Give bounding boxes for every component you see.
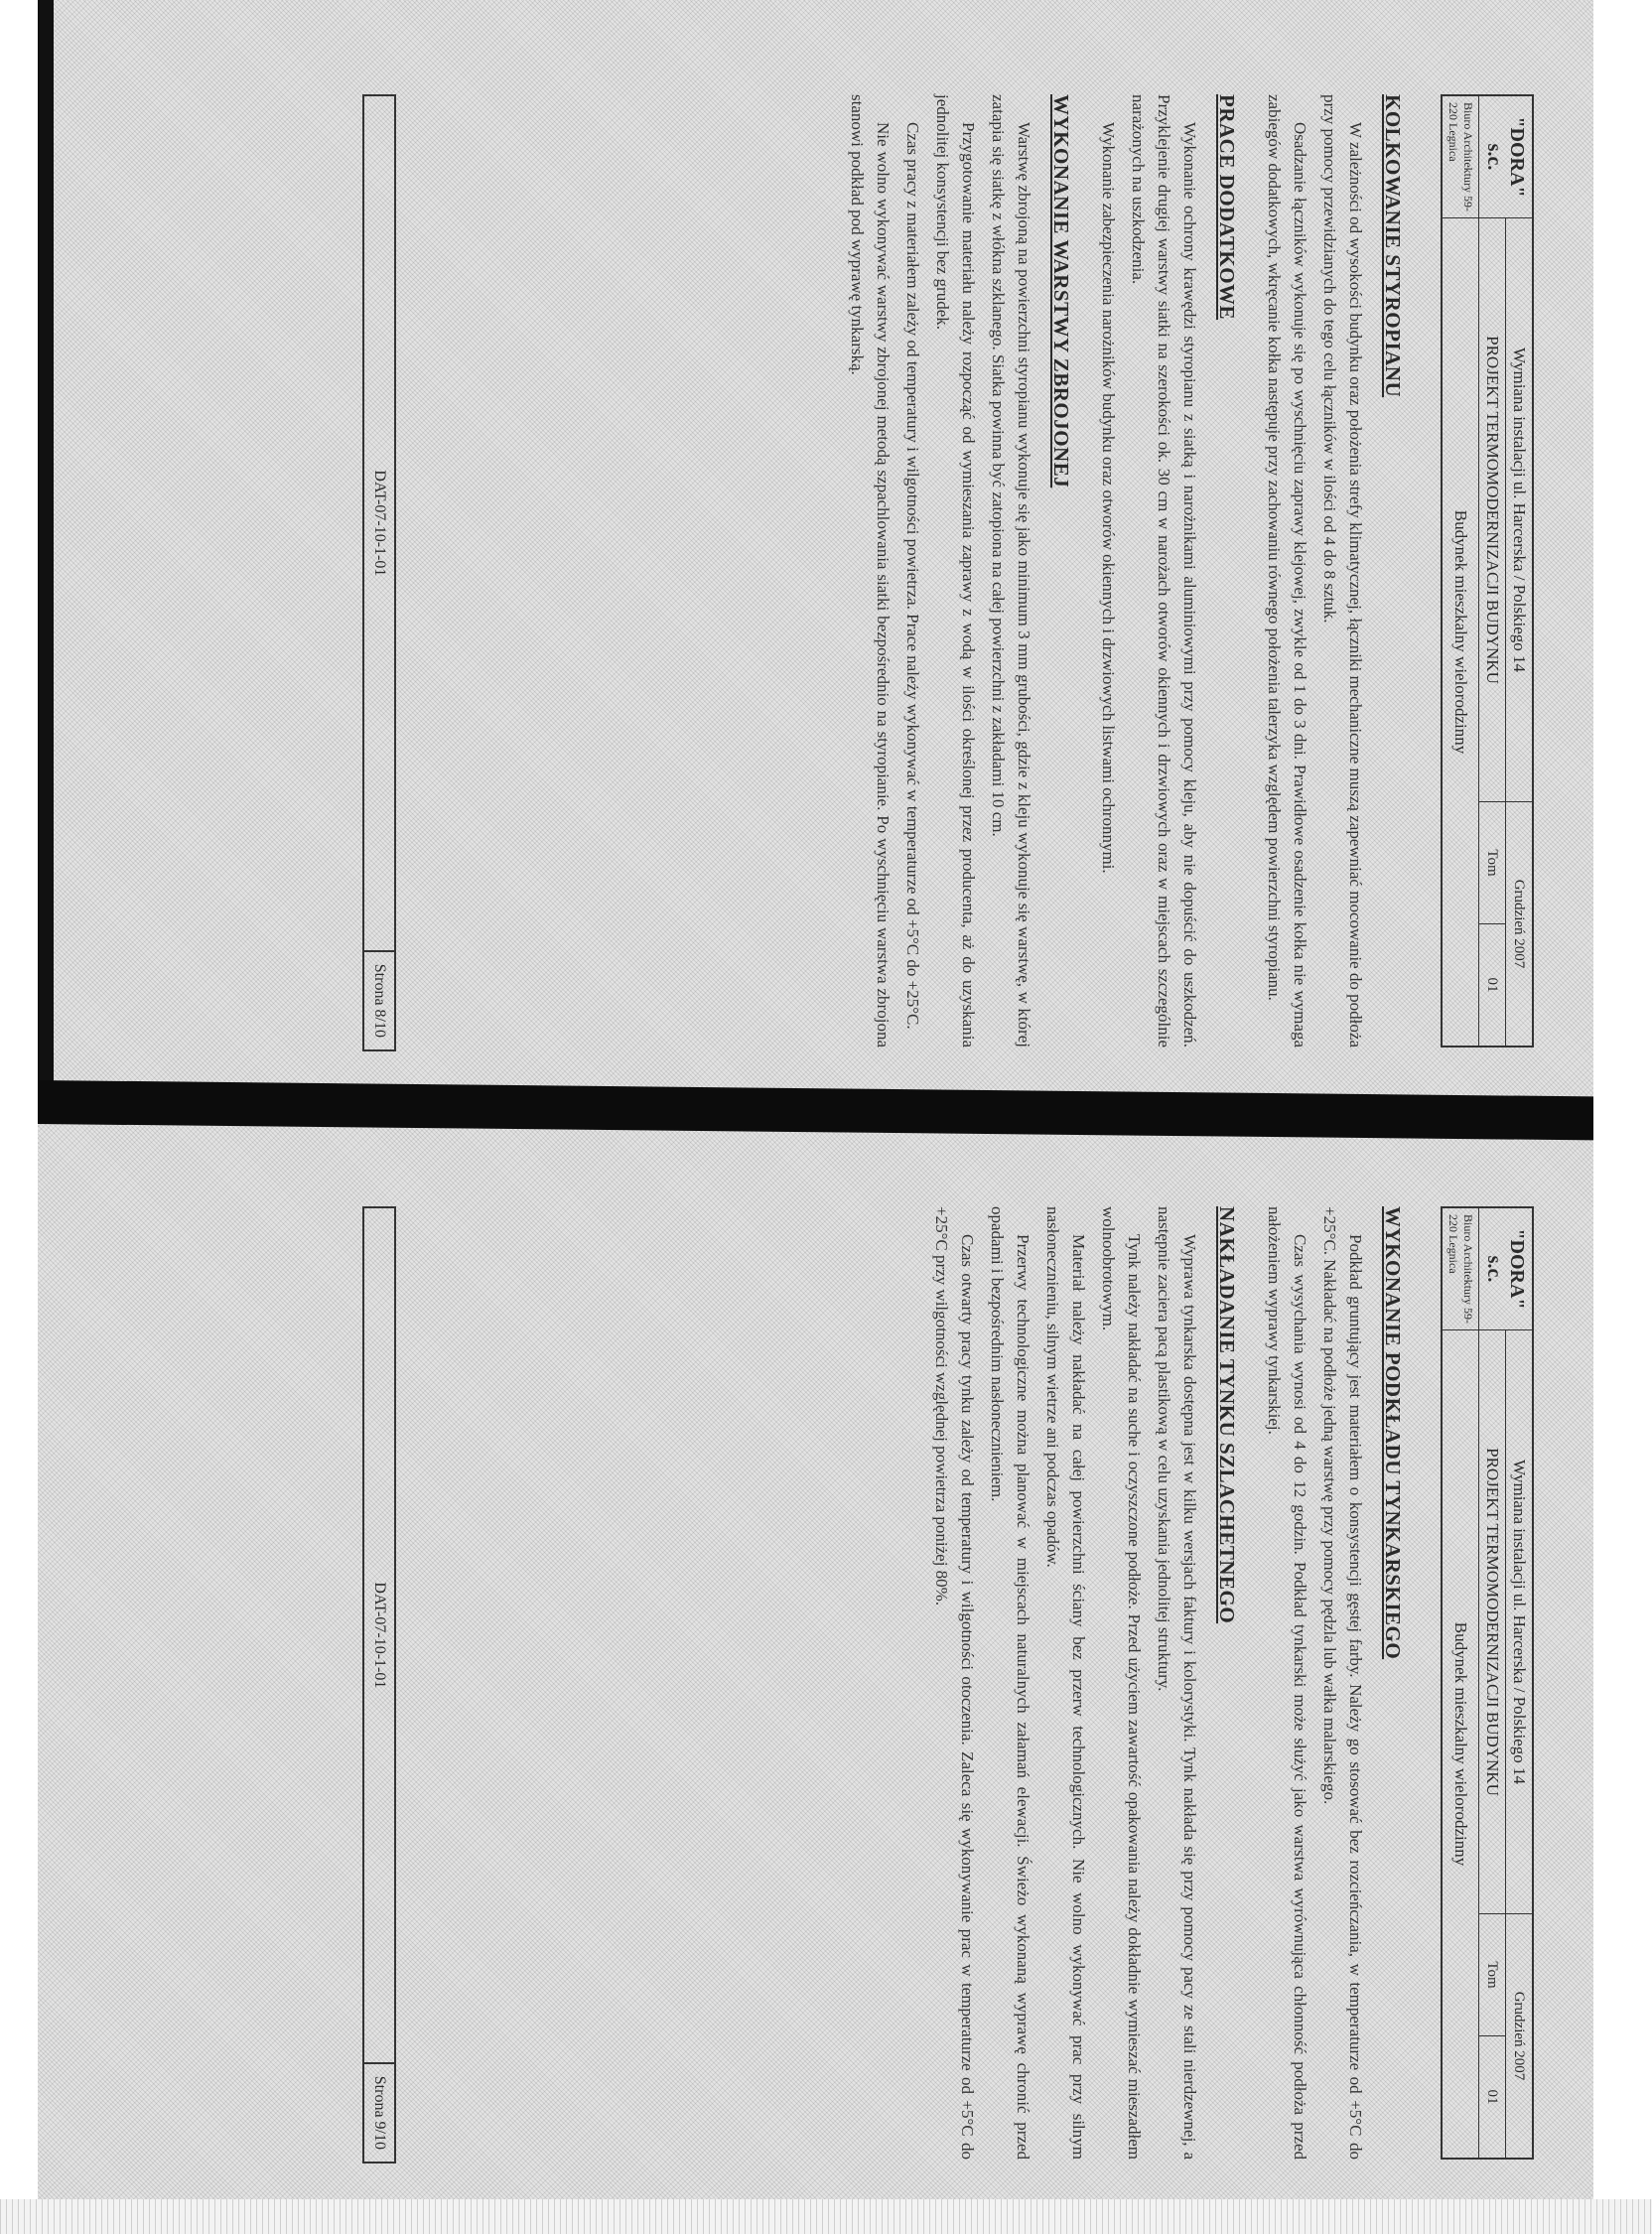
paragraph: Tynk należy nakładać na suche i oczyszcz… — [1095, 1206, 1147, 2160]
header-tom-label: Tom — [1479, 1914, 1506, 2036]
section-title: WYKONANIE WARSTWY ZBROJONEJ — [1048, 94, 1073, 1047]
section-title: WYKONANIE PODKŁADU TYNKARSKIEGO — [1380, 1206, 1405, 2160]
header-date: Grudzień 2007 — [1506, 1914, 1534, 2160]
company-brand: "DORA" s.c. — [1479, 95, 1534, 218]
header-date: Grudzień 2007 — [1506, 802, 1534, 1047]
header-address: Biuro Architektury 59-220 Legnica — [1442, 1207, 1479, 1330]
footer-doc-code: DAT-07-10-1-01 — [370, 1208, 388, 2062]
page-header-table: "DORA" s.c. Wymiana instalacji ul. Harce… — [1441, 94, 1534, 1047]
paragraph: Czas pracy z materiałem zależy od temper… — [899, 94, 925, 1047]
header-title-line: Wymiana instalacji ul. Harcerska / Polsk… — [1506, 1330, 1534, 1914]
section-podklad-tynkarski: WYKONANIE PODKŁADU TYNKARSKIEGO Podkład … — [1261, 1206, 1405, 2160]
paragraph: Wykonanie ochrony krawędzi styropianu z … — [1125, 94, 1202, 1047]
page-footer: DAT-07-10-1-01 Strona 8/10 — [362, 94, 396, 1051]
page-edge-shadow — [38, 0, 54, 1112]
section-title: KOLKOWANIE STYROPIANU — [1380, 94, 1405, 1047]
company-brand: "DORA" s.c. — [1479, 1207, 1534, 1330]
paragraph: Przerwy technologiczne można planować w … — [984, 1206, 1035, 2160]
section-title: NAKŁADANIE TYNKU SZLACHETNEGO — [1214, 1206, 1239, 2160]
paragraph: Przygotowanie materiału należy rozpocząć… — [929, 94, 981, 1047]
footer-doc-code: DAT-07-10-1-01 — [370, 96, 388, 950]
header-address: Biuro Architektury 59-220 Legnica — [1442, 95, 1479, 218]
section-prace-dodatkowe: PRACE DODATKOWE Wykonanie ochrony krawęd… — [1095, 94, 1239, 1047]
section-title: PRACE DODATKOWE — [1214, 94, 1239, 1047]
header-project: PROJEKT TERMOMODERNIZACJI BUDYNKU — [1479, 218, 1506, 802]
footer-page-number: Strona 8/10 — [364, 950, 394, 1049]
scanner-bottom-edge — [0, 2199, 1652, 2234]
paragraph: Materiał należy nakładać na całej powier… — [1039, 1206, 1091, 2160]
header-tom-value: 01 — [1479, 924, 1506, 1047]
section-tynk-szlachetny: NAKŁADANIE TYNKU SZLACHETNEGO Wyprawa ty… — [928, 1206, 1239, 2160]
header-tom-value: 01 — [1479, 2036, 1506, 2160]
header-tom-label: Tom — [1479, 802, 1506, 924]
section-warstwa-zbrojona: WYKONANIE WARSTWY ZBROJONEJ Warstwę zbro… — [844, 94, 1073, 1047]
header-subtitle: Budynek mieszkalny wielorodzinny — [1442, 1330, 1479, 2160]
paragraph: Czas otwarty pracy tynku zależy od tempe… — [928, 1206, 980, 2160]
page-header-table: "DORA" s.c. Wymiana instalacji ul. Harce… — [1441, 1206, 1534, 2160]
paragraph: Wykonanie zabezpieczenia narożników budy… — [1095, 94, 1121, 1047]
header-title-line: Wymiana instalacji ul. Harcerska / Polsk… — [1506, 218, 1534, 802]
header-project: PROJEKT TERMOMODERNIZACJI BUDYNKU — [1479, 1330, 1506, 1914]
paragraph: Warstwę zbrojoną na powierzchni styropia… — [985, 94, 1036, 1047]
paragraph: Podkład gruntujący jest materiałem o kon… — [1316, 1206, 1368, 2160]
paragraph: W zależności od wysokości budynku oraz p… — [1316, 94, 1368, 1047]
header-subtitle: Budynek mieszkalny wielorodzinny — [1442, 218, 1479, 1047]
paragraph: Osadzanie łączników wykonuje się po wysc… — [1261, 94, 1312, 1047]
paragraph: Czas wysychania wynosi od 4 do 12 godzin… — [1261, 1206, 1312, 2160]
page-9: "DORA" s.c. Wymiana instalacji ul. Harce… — [323, 1206, 1534, 2160]
paragraph: Nie wolno wykonywać warstwy zbrojonej me… — [844, 94, 895, 1047]
section-kolkowanie: KOLKOWANIE STYROPIANU W zależności od wy… — [1261, 94, 1405, 1047]
footer-page-number: Strona 9/10 — [364, 2062, 394, 2162]
page-footer: DAT-07-10-1-01 Strona 9/10 — [362, 1206, 396, 2164]
page-8: "DORA" s.c. Wymiana instalacji ul. Harce… — [323, 94, 1534, 1047]
paragraph: Wyprawa tynkarska dostępna jest w kilku … — [1151, 1206, 1202, 2160]
